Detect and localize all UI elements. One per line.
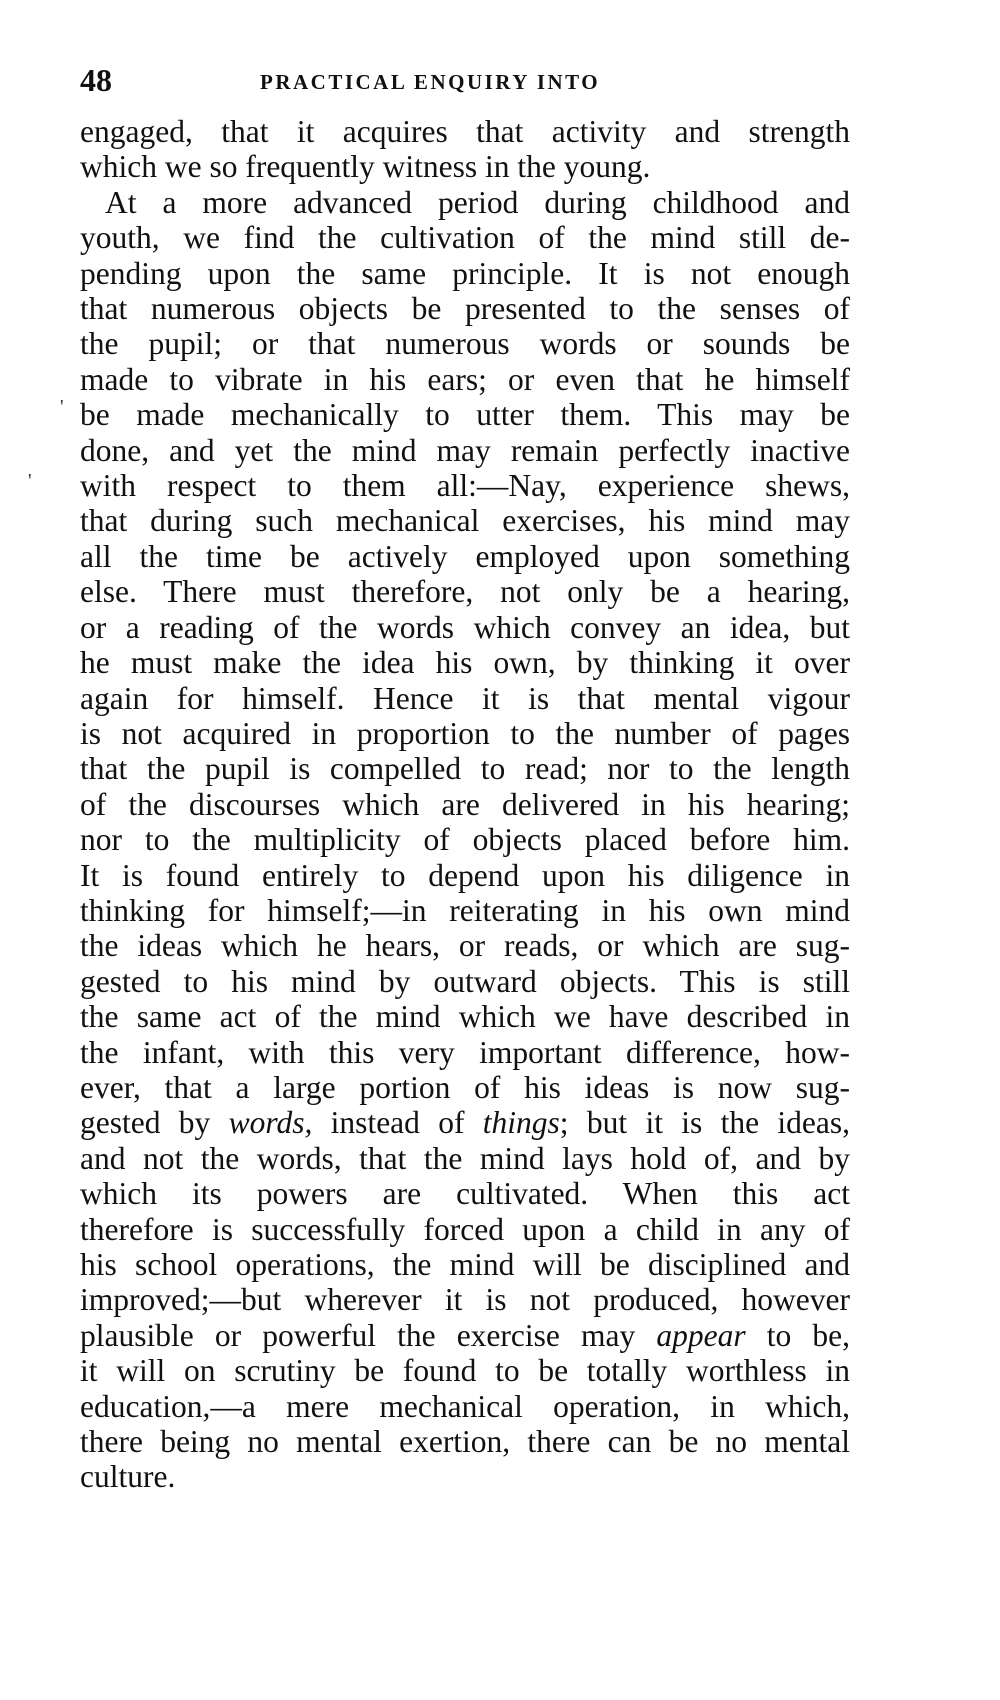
body-text: engaged, that it acquires that activity … bbox=[80, 114, 850, 1495]
margin-mark: ' bbox=[28, 470, 32, 493]
text-line: that numerous objects be presented to th… bbox=[80, 291, 850, 326]
book-page: 48 PRACTICAL ENQUIRY INTO ' ' engaged, t… bbox=[0, 0, 1000, 1700]
running-head: PRACTICAL ENQUIRY INTO bbox=[260, 70, 600, 95]
text-line: or a reading of the words which convey a… bbox=[80, 610, 850, 645]
text-run: to be, bbox=[746, 1318, 850, 1353]
text-line: else. There must therefore, not only be … bbox=[80, 574, 850, 609]
text-line: made to vibrate in his ears; or even tha… bbox=[80, 362, 850, 397]
text-line: that during such mechanical exercises, h… bbox=[80, 503, 850, 538]
text-line: all the time be actively employed upon s… bbox=[80, 539, 850, 574]
italic-word: appear bbox=[656, 1318, 745, 1353]
page-number: 48 bbox=[80, 62, 112, 99]
page-header: 48 PRACTICAL ENQUIRY INTO bbox=[80, 62, 860, 102]
text-line: that the pupil is compelled to read; nor… bbox=[80, 751, 850, 786]
text-line: thinking for himself;—in reiterating in … bbox=[80, 893, 850, 928]
text-run: instead of bbox=[312, 1105, 482, 1140]
text-line: education,—a mere mechanical operation, … bbox=[80, 1389, 850, 1424]
text-line: there being no mental exertion, there ca… bbox=[80, 1424, 850, 1459]
italic-word: things bbox=[483, 1105, 560, 1140]
text-line-with-italics: plausible or powerful the exercise may a… bbox=[80, 1318, 850, 1353]
text-line: he must make the idea his own, by thinki… bbox=[80, 645, 850, 680]
paragraph-start: At a more advanced period during childho… bbox=[80, 185, 850, 220]
text-line: culture. bbox=[80, 1459, 850, 1494]
text-line: which its powers are cultivated. When th… bbox=[80, 1176, 850, 1211]
text-line: the infant, with this very important dif… bbox=[80, 1035, 850, 1070]
text-line: engaged, that it acquires that activity … bbox=[80, 114, 850, 149]
text-line: It is found entirely to depend upon his … bbox=[80, 858, 850, 893]
text-line: and not the words, that the mind lays ho… bbox=[80, 1141, 850, 1176]
text-line: of the discourses which are delivered in… bbox=[80, 787, 850, 822]
text-line: is not acquired in proportion to the num… bbox=[80, 716, 850, 751]
text-line: pending upon the same principle. It is n… bbox=[80, 256, 850, 291]
text-line: his school operations, the mind will be … bbox=[80, 1247, 850, 1282]
text-line: youth, we find the cultivation of the mi… bbox=[80, 220, 850, 255]
text-run: gested by bbox=[80, 1105, 229, 1140]
text-line: therefore is successfully forced upon a … bbox=[80, 1212, 850, 1247]
margin-mark: ' bbox=[60, 396, 64, 419]
text-line: nor to the multiplicity of objects place… bbox=[80, 822, 850, 857]
text-line: with respect to them all:—Nay, experienc… bbox=[80, 468, 850, 503]
text-line: which we so frequently witness in the yo… bbox=[80, 149, 850, 184]
text-line: the pupil; or that numerous words or sou… bbox=[80, 326, 850, 361]
text-line-with-italics: gested by words, instead of things; but … bbox=[80, 1105, 850, 1140]
text-line: ever, that a large portion of his ideas … bbox=[80, 1070, 850, 1105]
italic-word: words, bbox=[229, 1105, 313, 1140]
text-run: ; but it is the ideas, bbox=[560, 1105, 850, 1140]
text-line: the same act of the mind which we have d… bbox=[80, 999, 850, 1034]
text-line: gested to his mind by outward objects. T… bbox=[80, 964, 850, 999]
text-line: the ideas which he hears, or reads, or w… bbox=[80, 928, 850, 963]
text-line: again for himself. Hence it is that ment… bbox=[80, 681, 850, 716]
text-run: plausible or powerful the exercise may bbox=[80, 1318, 656, 1353]
text-line: done, and yet the mind may remain perfec… bbox=[80, 433, 850, 468]
text-line: it will on scrutiny be found to be total… bbox=[80, 1353, 850, 1388]
text-line: be made mechanically to utter them. This… bbox=[80, 397, 850, 432]
text-line: improved;—but wherever it is not produce… bbox=[80, 1282, 850, 1317]
